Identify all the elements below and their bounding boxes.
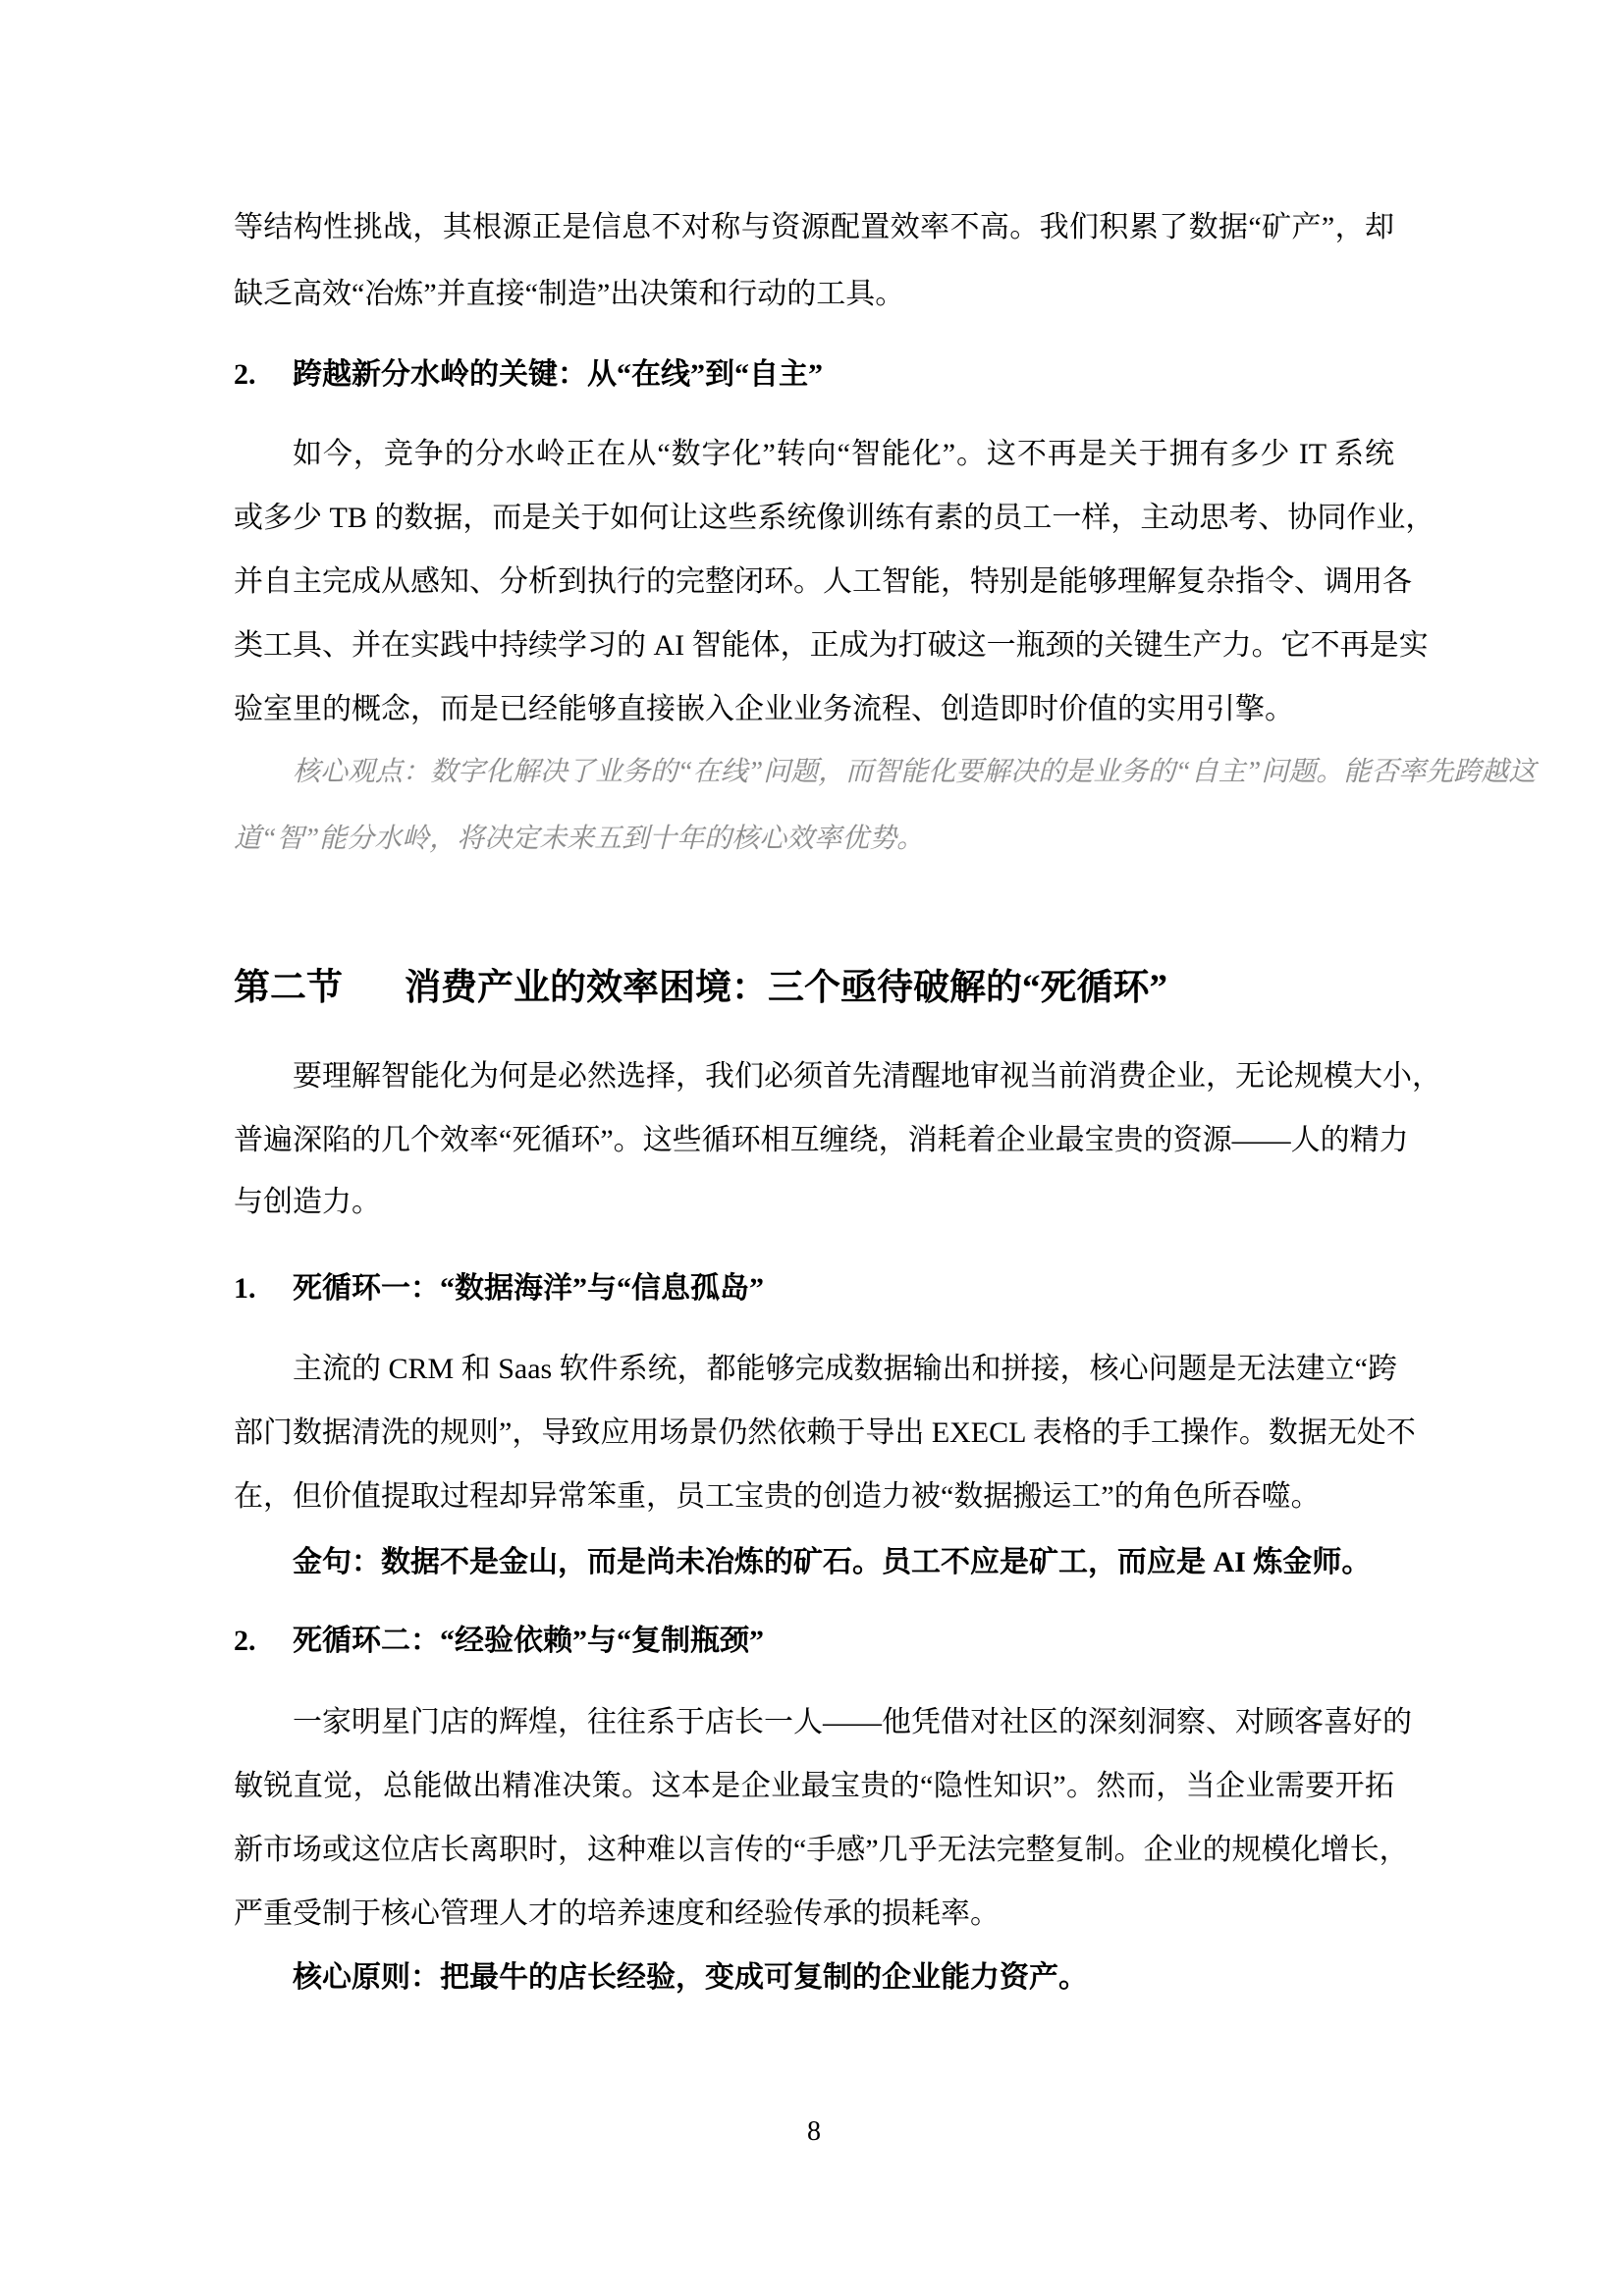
watershed-line-4: 类工具、并在实践中持续学习的 AI 智能体，正成为打破这一瓶颈的关键生产力。它不… — [234, 626, 1394, 666]
subsection-heading-watershed: 2.跨越新分水岭的关键：从“在线”到“自主” — [234, 355, 823, 395]
loop-two-title: 死循环二：“经验依赖”与“复制瓶颈” — [293, 1625, 764, 1657]
loop-one-number: 1. — [234, 1269, 293, 1308]
loop-two-line-4: 严重受制于核心管理人才的培养速度和经验传承的损耗率。 — [234, 1895, 1394, 1934]
section-heading: 第二节消费产业的效率困境：三个亟待破解的“死循环” — [234, 965, 1167, 1012]
section-label: 第二节 — [234, 965, 405, 1012]
watershed-line-3: 并自主完成从感知、分析到执行的完整闭环。人工智能，特别是能够理解复杂指令、调用各 — [234, 562, 1394, 602]
loop-two-line-2: 敏锐直觉，总能做出精准决策。这本是企业最宝贵的“隐性知识”。然而，当企业需要开拓 — [234, 1767, 1394, 1806]
core-view-line-1: 核心观点：数字化解决了业务的“在线”问题，而智能化要解决的是业务的“自主”问题。… — [234, 753, 1394, 792]
core-principle: 核心原则：把最牛的店长经验，变成可复制的企业能力资产。 — [293, 1958, 1088, 1998]
watershed-line-5: 验室里的概念，而是已经能够直接嵌入企业业务流程、创造即时价值的实用引擎。 — [234, 690, 1394, 729]
loop-two-heading: 2.死循环二：“经验依赖”与“复制瓶颈” — [234, 1622, 764, 1661]
loop-one-heading: 1.死循环一：“数据海洋”与“信息孤岛” — [234, 1269, 764, 1308]
loop-two-line-3: 新市场或这位店长离职时，这种难以言传的“手感”几乎无法完整复制。企业的规模化增长… — [234, 1831, 1394, 1870]
loop-one-line-3: 在，但价值提取过程却异常笨重，员工宝贵的创造力被“数据搬运工”的角色所吞噬。 — [234, 1477, 1394, 1517]
loop-one-line-1: 主流的 CRM 和 Saas 软件系统，都能够完成数据输出和拼接，核心问题是无法… — [234, 1350, 1394, 1389]
loop-two-line-1: 一家明星门店的辉煌，往往系于店长一人——他凭借对社区的深刻洞察、对顾客喜好的 — [234, 1703, 1394, 1742]
section-title: 消费产业的效率困境：三个亟待破解的“死循环” — [405, 968, 1167, 1008]
section-intro-line-2: 普遍深陷的几个效率“死循环”。这些循环相互缠绕，消耗着企业最宝贵的资源——人的精… — [234, 1121, 1394, 1160]
section-intro-line-3: 与创造力。 — [234, 1183, 1394, 1222]
loop-one-line-2: 部门数据清洗的规则”，导致应用场景仍然依赖于导出 EXECL 表格的手工操作。数… — [234, 1414, 1394, 1453]
loop-one-title: 死循环一：“数据海洋”与“信息孤岛” — [293, 1272, 764, 1305]
subsection-number: 2. — [234, 355, 293, 395]
section-intro-line-1: 要理解智能化为何是必然选择，我们必须首先清醒地审视当前消费企业，无论规模大小， — [234, 1057, 1394, 1096]
watershed-line-1: 如今，竞争的分水岭正在从“数字化”转向“智能化”。这不再是关于拥有多少 IT 系… — [234, 435, 1394, 474]
loop-two-number: 2. — [234, 1622, 293, 1661]
core-view-line-2: 道“智”能分水岭，将决定未来五到十年的核心效率优势。 — [234, 820, 1394, 859]
golden-quote: 金句：数据不是金山，而是尚未冶炼的矿石。员工不应是矿工，而应是 AI 炼金师。 — [293, 1543, 1371, 1582]
intro-line-2: 缺乏高效“冶炼”并直接“制造”出决策和行动的工具。 — [234, 275, 1394, 314]
page-number: 8 — [234, 2112, 1394, 2152]
watershed-line-2: 或多少 TB 的数据，而是关于如何让这些系统像训练有素的员工一样，主动思考、协同… — [234, 499, 1394, 538]
subsection-title: 跨越新分水岭的关键：从“在线”到“自主” — [293, 358, 823, 391]
intro-line-1: 等结构性挑战，其根源正是信息不对称与资源配置效率不高。我们积累了数据“矿产”，却 — [234, 208, 1394, 247]
